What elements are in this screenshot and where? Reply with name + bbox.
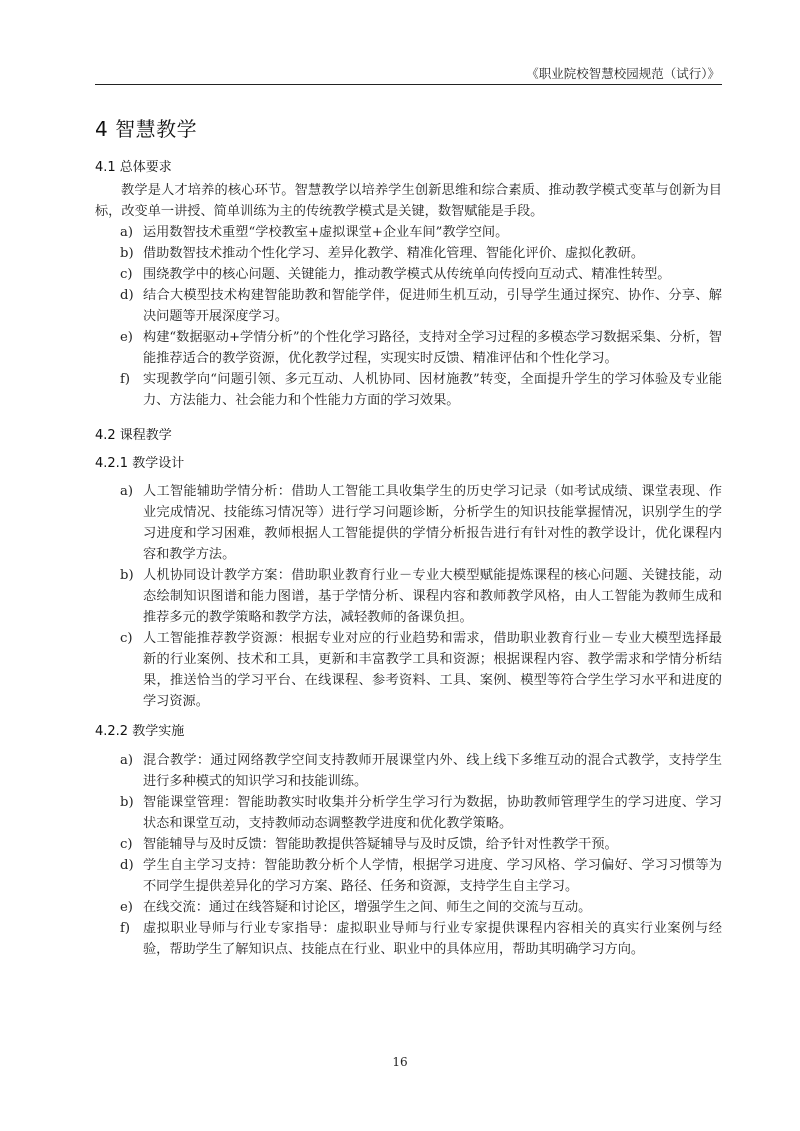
list-item: f)实现教学向“问题引领、多元互动、人机协同、因材施教”转变，全面提升学生的学习… <box>95 369 722 411</box>
section-4-2-1-list: a)人工智能辅助学情分析：借助人工智能工具收集学生的历史学习记录（如考试成绩、课… <box>95 481 722 712</box>
section-heading-4-2-2: 4.2.2 教学实施 <box>95 720 184 739</box>
list-marker: b) <box>120 565 134 586</box>
list-marker: b) <box>120 243 134 264</box>
list-marker: f) <box>120 918 130 939</box>
list-item: e)在线交流：通过在线答疑和讨论区，增强学生之间、师生之间的交流与互动。 <box>95 897 722 918</box>
section-4-1-intro: 教学是人才培养的核心环节。智慧教学以培养学生创新思维和综合素质、推动教学模式变革… <box>95 180 722 222</box>
list-item: c)围绕教学中的核心问题、关键能力，推动教学模式从传统单向传授向互动式、精准性转… <box>95 264 722 285</box>
list-item: c)智能辅导与及时反馈：智能助教提供答疑辅导与及时反馈，给予针对性教学干预。 <box>95 834 722 855</box>
list-item-text: 构建“数据驱动+学情分析”的个性化学习路径，支持对全学习过程的多模态学习数据采集… <box>143 330 722 366</box>
list-item-text: 结合大模型技术构建智能助教和智能学伴，促进师生机互动，引导学生通过探究、协作、分… <box>143 288 722 324</box>
list-item-text: 虚拟职业导师与行业专家指导：虚拟职业导师与行业专家提供课程内容相关的真实行业案例… <box>143 921 722 957</box>
list-item-text: 借助数智技术推动个性化学习、差异化教学、精准化管理、智能化评价、虚拟化教研。 <box>143 246 644 261</box>
section-4-1-list: a)运用数智技术重塑“学校教室+虚拟课堂+企业车间”教学空间。 b)借助数智技术… <box>95 222 722 411</box>
list-marker: a) <box>120 222 133 243</box>
list-item-text: 智能辅导与及时反馈：智能助教提供答疑辅导与及时反馈，给予针对性教学干预。 <box>143 837 618 852</box>
list-item-text: 运用数智技术重塑“学校教室+虚拟课堂+企业车间”教学空间。 <box>143 225 508 240</box>
section-4-2-2-list: a)混合教学：通过网络教学空间支持教师开展课堂内外、线上线下多维互动的混合式教学… <box>95 750 722 960</box>
list-item: a)混合教学：通过网络教学空间支持教师开展课堂内外、线上线下多维互动的混合式教学… <box>95 750 722 792</box>
list-marker: d) <box>120 285 134 306</box>
chapter-title: 4 智慧教学 <box>95 113 197 142</box>
list-marker: f) <box>120 369 130 390</box>
list-item: d)结合大模型技术构建智能助教和智能学伴，促进师生机互动，引导学生通过探究、协作… <box>95 285 722 327</box>
list-item: f)虚拟职业导师与行业专家指导：虚拟职业导师与行业专家提供课程内容相关的真实行业… <box>95 918 722 960</box>
list-item: e)构建“数据驱动+学情分析”的个性化学习路径，支持对全学习过程的多模态学习数据… <box>95 327 722 369</box>
list-marker: a) <box>120 750 133 771</box>
list-item-text: 围绕教学中的核心问题、关键能力，推动教学模式从传统单向传授向互动式、精准性转型。 <box>143 267 671 282</box>
list-item: b)智能课堂管理：智能助教实时收集并分析学生学习行为数据，协助教师管理学生的学习… <box>95 792 722 834</box>
list-item: b)人机协同设计教学方案：借助职业教育行业－专业大模型赋能提炼课程的核心问题、关… <box>95 565 722 628</box>
list-marker: c) <box>120 628 133 649</box>
list-item-text: 学生自主学习支持：智能助教分析个人学情，根据学习进度、学习风格、学习偏好、学习习… <box>143 858 722 894</box>
list-marker: a) <box>120 481 133 502</box>
list-marker: e) <box>120 897 133 918</box>
running-header-title: 《职业院校智慧校园规范（试行）》 <box>526 64 720 82</box>
list-item: d)学生自主学习支持：智能助教分析个人学情，根据学习进度、学习风格、学习偏好、学… <box>95 855 722 897</box>
list-marker: b) <box>120 792 134 813</box>
section-heading-4-2-1: 4.2.1 教学设计 <box>95 452 184 471</box>
list-item-text: 混合教学：通过网络教学空间支持教师开展课堂内外、线上线下多维互动的混合式教学，支… <box>143 753 722 789</box>
list-item: c)人工智能推荐教学资源：根据专业对应的行业趋势和需求，借助职业教育行业－专业大… <box>95 628 722 712</box>
document-page: 《职业院校智慧校园规范（试行）》 4 智慧教学 4.1 总体要求 教学是人才培养… <box>0 0 800 1131</box>
list-item-text: 在线交流：通过在线答疑和讨论区，增强学生之间、师生之间的交流与互动。 <box>143 900 591 915</box>
header-divider <box>95 84 722 85</box>
list-item-text: 人机协同设计教学方案：借助职业教育行业－专业大模型赋能提炼课程的核心问题、关键技… <box>143 568 722 625</box>
list-item-text: 人工智能推荐教学资源：根据专业对应的行业趋势和需求，借助职业教育行业－专业大模型… <box>143 631 722 709</box>
list-item-text: 实现教学向“问题引领、多元互动、人机协同、因材施教”转变，全面提升学生的学习体验… <box>143 372 722 408</box>
section-heading-4-2: 4.2 课程教学 <box>95 424 172 443</box>
list-item: b)借助数智技术推动个性化学习、差异化教学、精准化管理、智能化评价、虚拟化教研。 <box>95 243 722 264</box>
list-marker: e) <box>120 327 133 348</box>
list-item: a)人工智能辅助学情分析：借助人工智能工具收集学生的历史学习记录（如考试成绩、课… <box>95 481 722 565</box>
page-number: 16 <box>0 1055 800 1069</box>
list-marker: c) <box>120 834 133 855</box>
section-heading-4-1: 4.1 总体要求 <box>95 156 172 175</box>
list-marker: c) <box>120 264 133 285</box>
list-item-text: 智能课堂管理：智能助教实时收集并分析学生学习行为数据，协助教师管理学生的学习进度… <box>143 795 722 831</box>
list-marker: d) <box>120 855 134 876</box>
list-item: a)运用数智技术重塑“学校教室+虚拟课堂+企业车间”教学空间。 <box>95 222 722 243</box>
list-item-text: 人工智能辅助学情分析：借助人工智能工具收集学生的历史学习记录（如考试成绩、课堂表… <box>143 484 722 562</box>
